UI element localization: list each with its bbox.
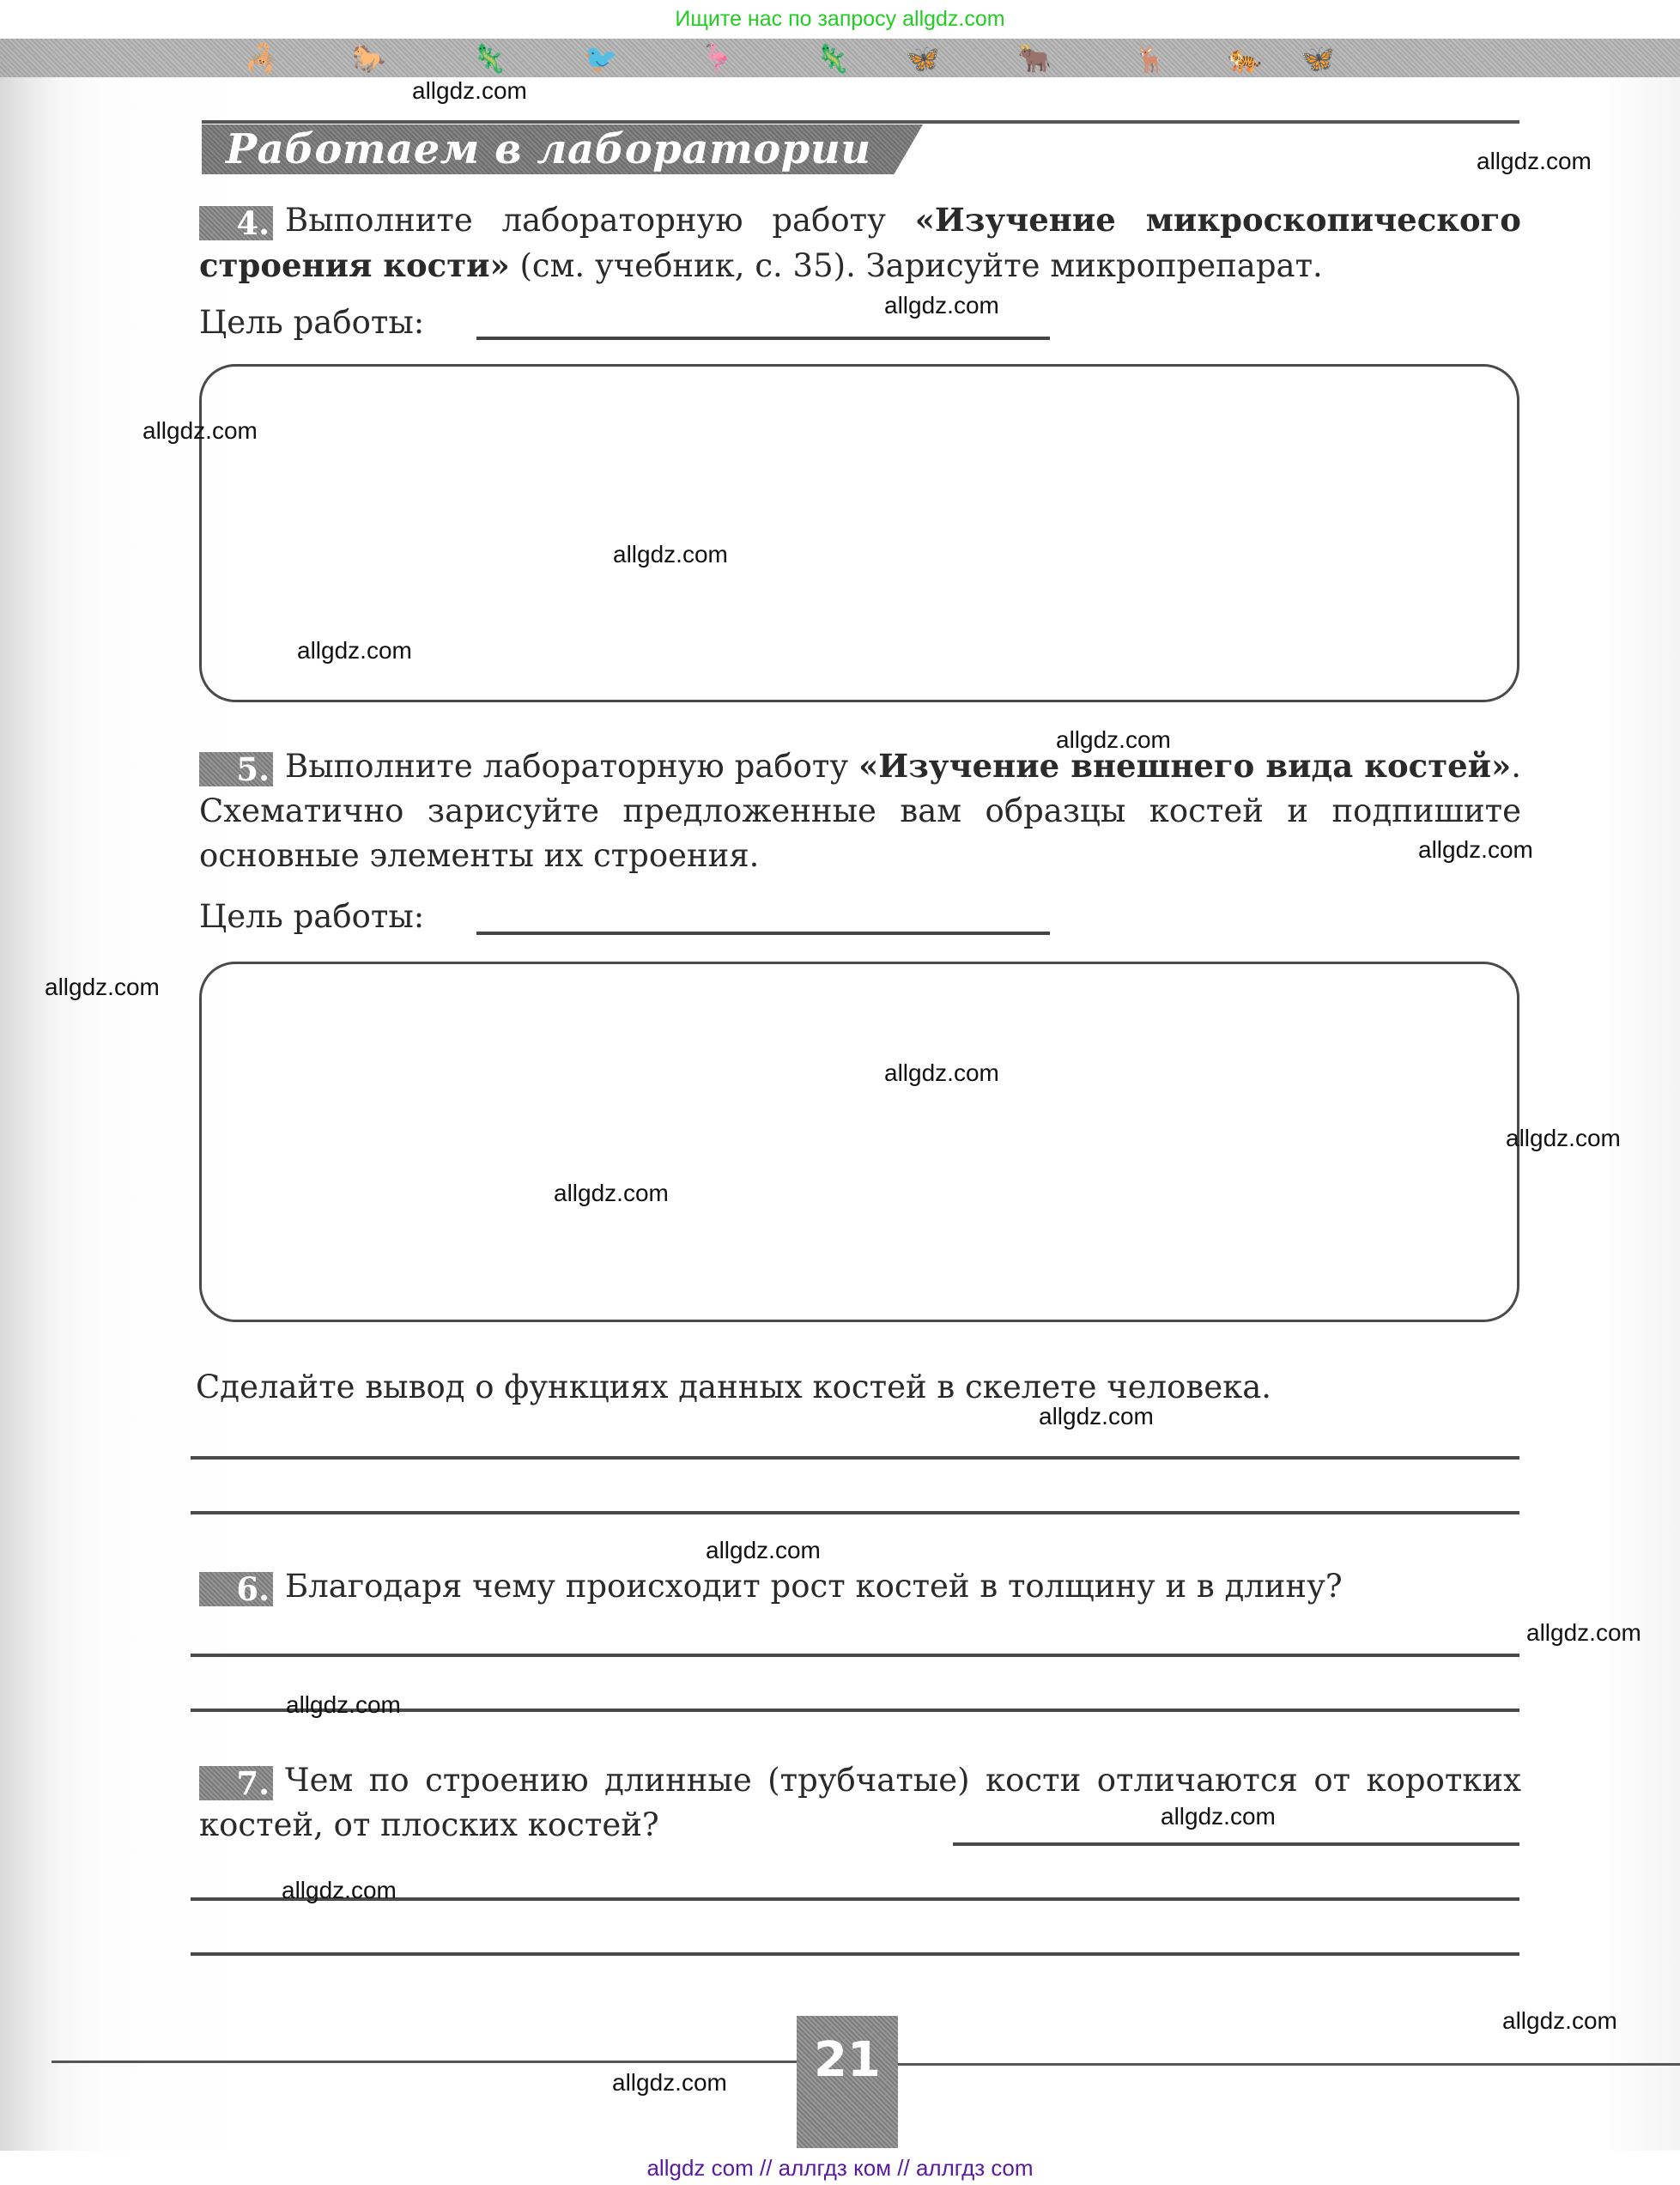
butterfly-icon: 🦋	[1301, 44, 1335, 73]
watermark: allgdz.com	[1039, 1403, 1154, 1430]
task-7: 7.Чем по строению длинные (трубчатые) ко…	[199, 1758, 1521, 1848]
watermark: allgdz.com	[554, 1180, 669, 1207]
goal-label: Цель работы:	[199, 302, 424, 343]
top-rule	[202, 120, 1519, 124]
task-number: 5.	[199, 752, 273, 786]
tiger-icon: 🐅	[1228, 44, 1262, 73]
watermark: allgdz.com	[45, 974, 160, 1001]
watermark: allgdz.com	[297, 637, 412, 665]
goal-label: Цель работы:	[199, 896, 424, 938]
watermark: allgdz.com	[612, 2069, 727, 2097]
drawing-box[interactable]	[199, 962, 1519, 1322]
deer-icon: 🦌	[1133, 44, 1168, 73]
goal-answer-line[interactable]	[476, 337, 1050, 340]
watermark: allgdz.com	[1418, 836, 1533, 864]
answer-line[interactable]	[191, 1511, 1519, 1514]
task-number: 4.	[199, 206, 273, 240]
footer-rule	[52, 2061, 798, 2063]
top-banner: Ищите нас по запросу allgdz.com	[0, 0, 1680, 39]
task-text: Чем по строению длинные (трубчатые) кост…	[199, 1762, 1521, 1843]
task-title-bold: «Изучение внешнего вида костей»	[858, 747, 1511, 785]
answer-line[interactable]	[191, 1654, 1519, 1657]
task-number: 7.	[199, 1766, 273, 1800]
section-title: Работаем в лаборатории	[202, 124, 923, 174]
answer-line[interactable]	[953, 1842, 1519, 1846]
flamingo-icon: 🦩	[700, 44, 734, 73]
watermark: allgdz.com	[1506, 1125, 1621, 1152]
header-animal-strip: 🦂 🐎 🦎 🐦 🦩 🦎 🦋 🐂 🦌 🐅 🦋	[0, 39, 1680, 77]
watermark: allgdz.com	[884, 1059, 999, 1087]
task-6: 6.Благодаря чему происходит рост костей …	[199, 1564, 1521, 1609]
task-number: 6.	[199, 1572, 273, 1606]
goal-answer-line[interactable]	[476, 932, 1050, 935]
lizard-icon: 🦎	[472, 44, 506, 73]
section-title-text: Работаем в лаборатории	[226, 124, 871, 174]
task-text: Благодаря чему происходит рост костей в …	[285, 1568, 1343, 1605]
task-text: Выполните лабораторную работу	[285, 748, 858, 785]
watermark: allgdz.com	[1502, 2007, 1617, 2035]
footer-rule	[897, 2063, 1680, 2066]
watermark: allgdz.com	[884, 292, 999, 319]
watermark: allgdz.com	[286, 1691, 401, 1719]
watermark: allgdz.com	[706, 1537, 821, 1564]
insect-icon: 🦋	[906, 44, 940, 73]
bull-icon: 🐂	[1017, 44, 1052, 73]
horse-icon: 🐎	[352, 44, 386, 73]
task-5: 5.Выполните лабораторную работу «Изучени…	[199, 744, 1521, 878]
task-text: (см. учебник, с. 35). Зарисуйте микропре…	[510, 247, 1323, 284]
conclusion-prompt: Сделайте вывод о функциях данных костей …	[196, 1367, 1271, 1408]
answer-line[interactable]	[191, 1952, 1519, 1956]
page-number: 21	[797, 2016, 898, 2148]
watermark: allgdz.com	[613, 541, 728, 568]
watermark: allgdz.com	[1161, 1803, 1276, 1830]
watermark: allgdz.com	[1477, 148, 1592, 175]
watermark: allgdz.com	[412, 77, 527, 105]
watermark: allgdz.com	[282, 1877, 397, 1904]
answer-line[interactable]	[191, 1456, 1519, 1460]
seahorse-icon: 🦎	[816, 44, 850, 73]
bottom-banner: allgdz com // аллгдз ком // аллгдз com	[0, 2151, 1680, 2185]
scorpion-icon: 🦂	[245, 44, 279, 73]
task-text: Выполните лабораторную работу	[285, 202, 915, 239]
watermark: allgdz.com	[1056, 726, 1171, 754]
watermark: allgdz.com	[1526, 1619, 1641, 1647]
watermark: allgdz.com	[143, 417, 258, 445]
task-4: 4.Выполните лабораторную работу «Изучени…	[199, 197, 1521, 288]
bird-icon: 🐦	[584, 44, 618, 73]
